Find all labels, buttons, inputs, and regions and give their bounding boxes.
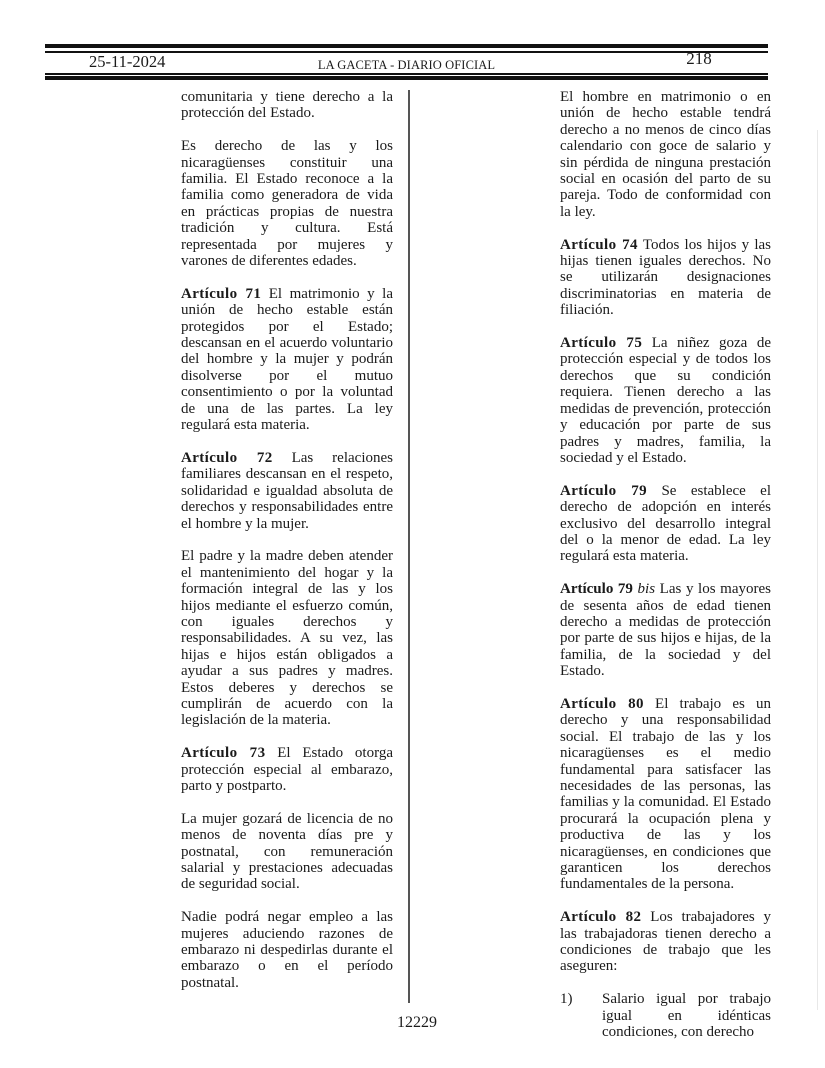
paragraph-text: Nadie podrá negar empleo a las mujeres a… [181,909,393,991]
paragraph: Es derecho de las y los nicaragüenses co… [181,138,393,269]
paragraph: La mujer gozará de licencia de no menos … [181,811,393,893]
page-header: 25-11-2024 LA GACETA - DIARIO OFICIAL 21… [45,44,768,80]
article-74: Artículo 74 Todos los hijos y las hijas … [560,237,771,319]
paragraph: Nadie podrá negar empleo a las mujeres a… [181,909,393,991]
paragraph-text: Es derecho de las y los nicaragüenses co… [181,138,393,269]
article-80: Artículo 80 El trabajo es un derecho y u… [560,696,771,893]
article-text: El trabajo es un derecho y una responsab… [560,696,771,892]
list-item: 1) Salario igual por trabajo igual en id… [560,991,771,1040]
paragraph-text: El hombre en matrimonio o en unión de he… [560,89,771,220]
article-label: Artículo 79 [560,483,647,499]
article-82: Artículo 82 Los trabajadores y las traba… [560,909,771,975]
list-item-text: Salario igual por trabajo igual en idént… [602,991,771,1040]
article-label: Artículo 79 [560,581,633,597]
article-79: Artículo 79 Se establece el derecho de a… [560,483,771,565]
paragraph-text: El padre y la madre deben atender el man… [181,548,393,728]
article-label-suffix: bis [633,581,655,597]
article-label: Artículo 75 [560,335,642,351]
scan-edge-mark [817,130,818,1010]
article-label: Artículo 73 [181,745,265,761]
article-label: Artículo 80 [560,696,644,712]
article-label: Artículo 72 [181,450,273,466]
article-73: Artículo 73 El Estado otorga protección … [181,745,393,794]
article-72: Artículo 72 Las relaciones familiares de… [181,450,393,532]
column-divider [408,90,410,1003]
article-75: Artículo 75 La niñez goza de protección … [560,335,771,466]
article-text: La niñez goza de protección especial y d… [560,335,771,466]
article-79-bis: Artículo 79 bis Las y los mayores de ses… [560,581,771,679]
paragraph-text: La mujer gozará de licencia de no menos … [181,811,393,893]
header-publication-title: LA GACETA - DIARIO OFICIAL [45,56,768,74]
page-number-footer: 12229 [397,1014,437,1032]
article-label: Artículo 71 [181,286,261,302]
article-text: El matrimonio y la unión de hecho establ… [181,286,393,433]
paragraph: comunitaria y tiene derecho a la protecc… [181,89,393,122]
header-rule-bottom-thin [45,73,768,75]
right-column: El hombre en matrimonio o en unión de he… [560,89,771,1040]
list-item-number: 1) [560,991,602,1040]
article-label: Artículo 74 [560,237,638,253]
paragraph: El hombre en matrimonio o en unión de he… [560,89,771,220]
header-issue-number: 218 [669,50,729,68]
paragraph-text: comunitaria y tiene derecho a la protecc… [181,89,393,121]
left-column: comunitaria y tiene derecho a la protecc… [181,89,393,1008]
header-rule-bottom-thick [45,76,768,80]
article-label: Artículo 82 [560,909,641,925]
article-71: Artículo 71 El matrimonio y la unión de … [181,286,393,434]
header-rule-top-thick [45,44,768,48]
paragraph: El padre y la madre deben atender el man… [181,548,393,728]
